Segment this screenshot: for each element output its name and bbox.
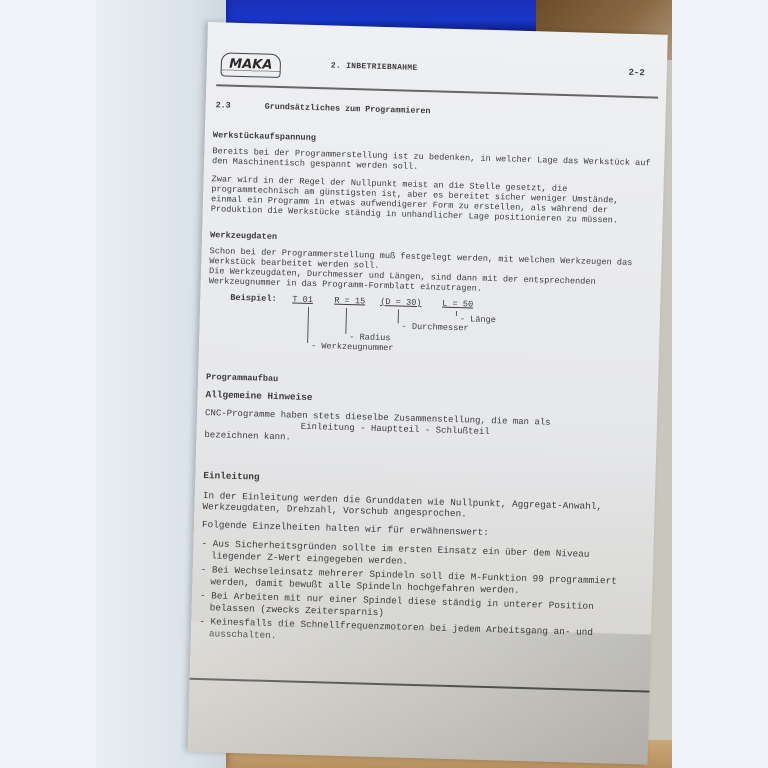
caption-durchmesser: - Durchmesser: [401, 322, 468, 334]
chapter-title: 2. INBETRIEBNAHME: [331, 61, 418, 73]
werkstueck-block: Werkstückaufspannung Bereits bei der Pro…: [211, 130, 653, 226]
tool-data-example: Beispiel: T 01 R = 15 (D = 30) L = 50 - …: [228, 293, 560, 372]
section-heading: 2.3 Grundsätzliches zum Programmieren: [216, 100, 431, 116]
example-token-length: L = 50: [442, 299, 473, 310]
caption-radius: - Radius: [349, 332, 391, 343]
einleitung-bullet-list: - Aus Sicherheitsgründen sollte im erste…: [199, 538, 642, 651]
connector-line: [307, 307, 309, 343]
connector-line: [398, 309, 399, 323]
page-number: 2-2: [628, 68, 644, 78]
caption-laenge: - Länge: [460, 314, 496, 325]
connector-line: [345, 308, 347, 334]
section-number: 2.3: [216, 100, 260, 111]
einleitung-heading: Einleitung: [203, 470, 643, 494]
maka-logo: MAKA: [220, 52, 281, 78]
document-page: MAKA 2. INBETRIEBNAHME 2-2 2.3 Grundsätz…: [188, 22, 668, 765]
document-photo: MAKA 2. INBETRIEBNAHME 2-2 2.3 Grundsätz…: [96, 0, 672, 768]
programmaufbau-block: Programmaufbau Allgemeine Hinweise CNC-P…: [204, 372, 646, 453]
footer-divider: [190, 678, 650, 692]
example-token-diameter: (D = 30): [380, 297, 422, 308]
section-title: Grundsätzliches zum Programmieren: [265, 102, 431, 117]
werkstueck-para-2: Zwar wird in der Regel der Nullpunkt mei…: [211, 174, 652, 226]
connector-line: [456, 311, 457, 316]
werkstueck-para-1: Bereits bei der Programmerstellung ist z…: [212, 146, 652, 178]
werkzeug-block: Werkzeugdaten Schon bei der Programmerst…: [209, 230, 650, 298]
example-label: Beispiel:: [230, 293, 277, 304]
example-token-tool: T 01: [292, 294, 313, 305]
einleitung-block: Einleitung In der Einleitung werden die …: [199, 470, 644, 654]
example-token-radius: R = 15: [334, 296, 365, 307]
